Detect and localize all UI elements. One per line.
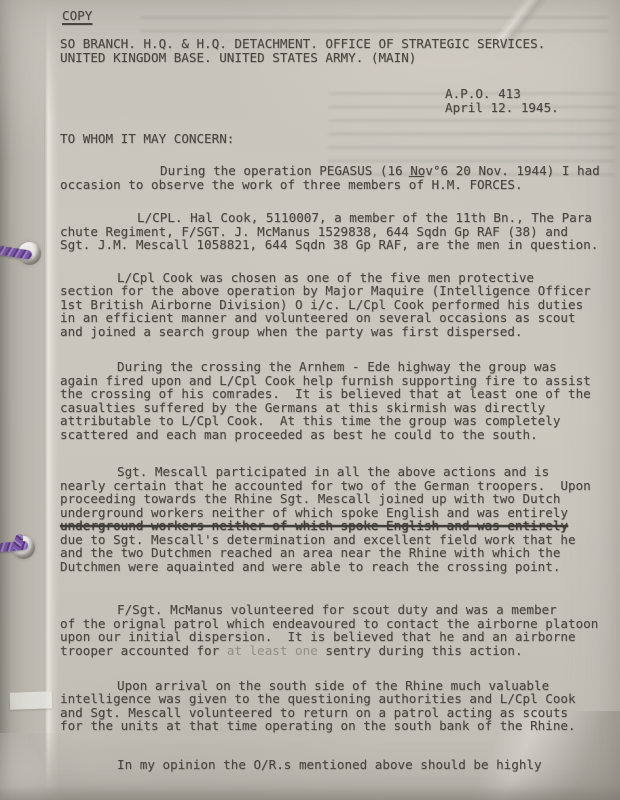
overlined-word: of [409, 177, 424, 192]
text-line: During the operation PEGASUS (16 Nov°6 2… [60, 164, 616, 178]
faded-text: at least one [227, 643, 318, 658]
text-line: and Sgt. Mescall volunteered to return o… [60, 706, 616, 720]
text-line: for the units at that time operating on … [60, 719, 616, 733]
page-edge-highlight [44, 0, 59, 800]
paragraph-2: L/CPL. Hal Cook, 5110007, a member of th… [60, 211, 616, 252]
text-line: nearly certain that he accounted for two… [60, 479, 616, 493]
text-line: trooper accounted for at least one sentr… [60, 644, 616, 658]
paragraph-4: During the crossing the Arnhem - Ede hig… [60, 360, 616, 441]
text-line: due to Sgt. Mescall's determination and … [60, 533, 616, 547]
strikethrough-line: underground workers neither of which spo… [60, 519, 616, 533]
text-line: proceeding towards the Rhine Sgt. Mescal… [60, 492, 616, 506]
date-line: April 12. 1945. [445, 101, 616, 115]
paragraph-3: L/Cpl Cook was chosen as one of the five… [60, 271, 616, 339]
text-line: Sgt. Mescall participated in all the abo… [60, 465, 616, 479]
org-line-1: SO BRANCH. H.Q. & H.Q. DETACHMENT. OFFIC… [60, 37, 616, 51]
text-line: intelligence was given to the questionin… [60, 692, 616, 706]
text-line: L/Cpl Cook was chosen as one of the five… [60, 271, 616, 285]
text-line: of the orignal patrol which endeavoured … [60, 617, 616, 631]
salutation: TO WHOM IT MAY CONCERN: [60, 132, 616, 146]
paragraph-7: Upon arrival on the south side of the Rh… [60, 679, 616, 733]
paper-tab [10, 691, 53, 709]
apo-number: A.P.O. 413 [445, 87, 616, 101]
org-line-2: UNITED KINGDOM BASE. UNITED STATES ARMY.… [60, 51, 616, 65]
text-line: and the two Dutchmen reached an area nea… [60, 546, 616, 560]
text-line: F/Sgt. McManus volunteered for scout dut… [60, 603, 616, 617]
text-line: the crossing of his comrades. It is beli… [60, 387, 616, 401]
paragraph-1: During the operation PEGASUS (16 Nov°6 2… [60, 164, 616, 191]
text-line: chute Regiment, F/SGT. J. McManus 152983… [60, 225, 616, 239]
text-line: In my opinion the O/R.s mentioned above … [60, 758, 616, 772]
text-line: occasion to observe the work of three me… [60, 178, 616, 192]
paragraph-6: F/Sgt. McManus volunteered for scout dut… [60, 603, 616, 657]
text-line: and joined a search group when the party… [60, 325, 616, 339]
text-line: casualties suffered by the Germans at th… [60, 401, 616, 415]
letter-body: COPY SO BRANCH. H.Q. & H.Q. DETACHMENT. … [60, 0, 616, 771]
text-line: section for the above operation by Major… [60, 284, 616, 298]
text-line: again fired upon and L/Cpl Cook help fur… [60, 374, 616, 388]
text-line: Sgt. J.M. Mescall 1058821, 644 Sqdn 38 G… [60, 238, 616, 252]
text-line: Upon arrival on the south side of the Rh… [60, 679, 616, 693]
text-line: in an efficient manner and volunteered o… [60, 311, 616, 325]
text-line: L/CPL. Hal Cook, 5110007, a member of th… [60, 211, 616, 225]
paragraph-5: Sgt. Mescall participated in all the abo… [60, 465, 616, 573]
text-line: During the crossing the Arnhem - Ede hig… [60, 360, 616, 374]
apo-date-block: A.P.O. 413 April 12. 1945. [445, 87, 616, 114]
text-line: scattered and each man proceeded as best… [60, 428, 616, 442]
letterhead: SO BRANCH. H.Q. & H.Q. DETACHMENT. OFFIC… [60, 37, 616, 64]
copy-label: COPY [62, 9, 616, 23]
text-line: upon our initial dispersion. It is belie… [60, 630, 616, 644]
bottom-edge-shadow [0, 786, 620, 800]
paragraph-8: In my opinion the O/R.s mentioned above … [60, 758, 616, 772]
under-page-shading [0, 0, 47, 800]
text-line: underground workers neither of which spo… [60, 506, 616, 520]
text-line: attributable to L/Cpl Cook. At this time… [60, 414, 616, 428]
text-line: Dutchmen were aquainted and were able to… [60, 560, 616, 574]
text-line: 1st British Airborne Division) O i/c. L/… [60, 298, 616, 312]
scanned-letter-page: COPY SO BRANCH. H.Q. & H.Q. DETACHMENT. … [0, 0, 620, 800]
